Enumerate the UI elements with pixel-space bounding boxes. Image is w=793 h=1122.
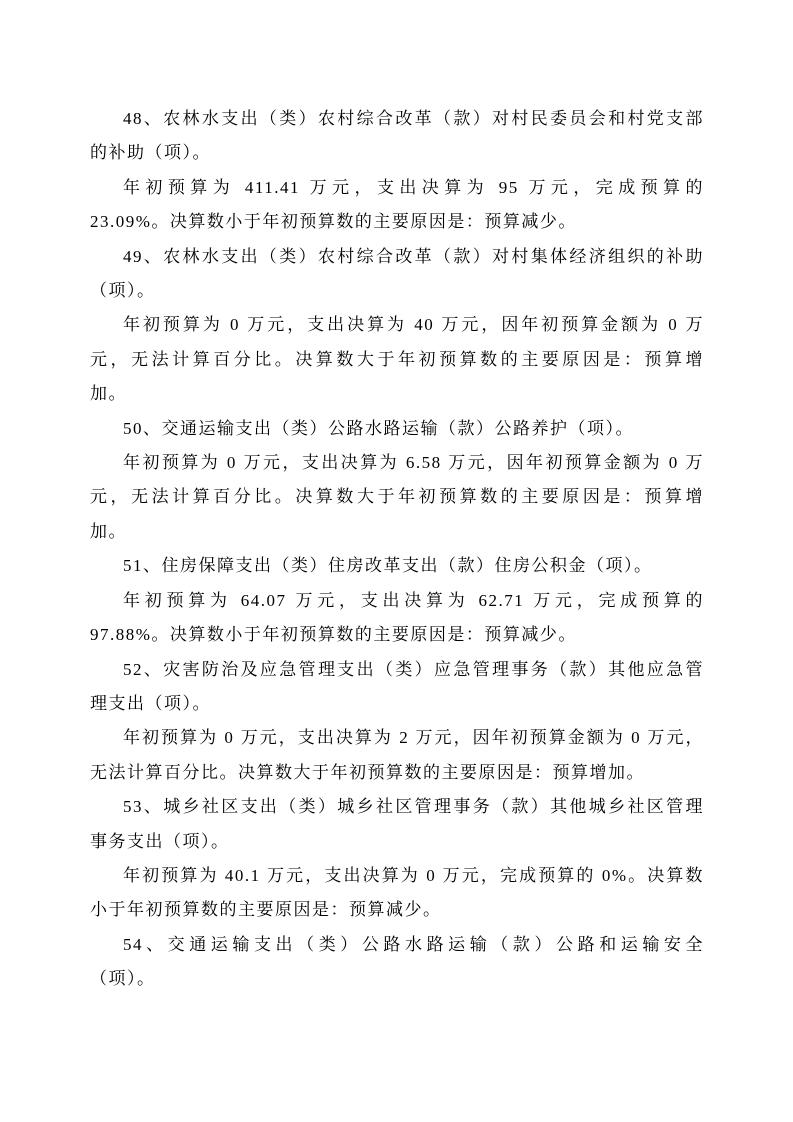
text-line: 年初预算为 0 万元，支出决算为 6.58 万元，因年初预算金额为 0 万: [90, 446, 704, 480]
item-53-detail-paragraph: 年初预算为 40.1 万元，支出决算为 0 万元，完成预算的 0%。决算数小于年…: [90, 859, 704, 928]
text-line: 年初预算为 40.1 万元，支出决算为 0 万元，完成预算的 0%。决算数: [90, 859, 704, 893]
text-line: 年初预算为 64.07 万元，支出决算为 62.71 万元，完成预算的: [90, 584, 704, 618]
text-line: 加。: [90, 377, 704, 411]
item-48-heading-paragraph: 48、农林水支出（类）农村综合改革（款）对村民委员会和村党支部的补助（项）。: [90, 102, 704, 171]
text-line: 23.09%。决算数小于年初预算数的主要原因是：预算减少。: [90, 205, 704, 239]
text-line: （项）。: [90, 962, 704, 996]
text-line: 97.88%。决算数小于年初预算数的主要原因是：预算减少。: [90, 618, 704, 652]
text-line: 50、交通运输支出（类）公路水路运输（款）公路养护（项）。: [90, 412, 704, 446]
text-line: 元，无法计算百分比。决算数大于年初预算数的主要原因是：预算增: [90, 480, 704, 514]
text-line: 54、交通运输支出（类）公路水路运输（款）公路和运输安全: [90, 928, 704, 962]
text-line: 加。: [90, 515, 704, 549]
document-body: 48、农林水支出（类）农村综合改革（款）对村民委员会和村党支部的补助（项）。年初…: [90, 102, 704, 997]
text-line: 52、灾害防治及应急管理支出（类）应急管理事务（款）其他应急管: [90, 653, 704, 687]
item-49-detail-paragraph: 年初预算为 0 万元，支出决算为 40 万元，因年初预算金额为 0 万元，无法计…: [90, 308, 704, 411]
item-53-heading-paragraph: 53、城乡社区支出（类）城乡社区管理事务（款）其他城乡社区管理事务支出（项）。: [90, 790, 704, 859]
text-line: （项）。: [90, 274, 704, 308]
item-50-heading-paragraph: 50、交通运输支出（类）公路水路运输（款）公路养护（项）。: [90, 412, 704, 446]
text-line: 元，无法计算百分比。决算数大于年初预算数的主要原因是：预算增: [90, 343, 704, 377]
text-line: 49、农林水支出（类）农村综合改革（款）对村集体经济组织的补助: [90, 240, 704, 274]
document-page: 48、农林水支出（类）农村综合改革（款）对村民委员会和村党支部的补助（项）。年初…: [0, 0, 793, 1122]
item-49-heading-paragraph: 49、农林水支出（类）农村综合改革（款）对村集体经济组织的补助（项）。: [90, 240, 704, 309]
text-line: 48、农林水支出（类）农村综合改革（款）对村民委员会和村党支部: [90, 102, 704, 136]
item-51-heading-paragraph: 51、住房保障支出（类）住房改革支出（款）住房公积金（项）。: [90, 549, 704, 583]
item-54-heading-paragraph: 54、交通运输支出（类）公路水路运输（款）公路和运输安全（项）。: [90, 928, 704, 997]
item-51-detail-paragraph: 年初预算为 64.07 万元，支出决算为 62.71 万元，完成预算的97.88…: [90, 584, 704, 653]
text-line: 年初预算为 0 万元，支出决算为 40 万元，因年初预算金额为 0 万: [90, 308, 704, 342]
text-line: 51、住房保障支出（类）住房改革支出（款）住房公积金（项）。: [90, 549, 704, 583]
text-line: 年初预算为 411.41 万元，支出决算为 95 万元，完成预算的: [90, 171, 704, 205]
text-line: 53、城乡社区支出（类）城乡社区管理事务（款）其他城乡社区管理: [90, 790, 704, 824]
text-line: 事务支出（项）。: [90, 825, 704, 859]
text-line: 小于年初预算数的主要原因是：预算减少。: [90, 893, 704, 927]
text-line: 年初预算为 0 万元，支出决算为 2 万元，因年初预算金额为 0 万元，: [90, 721, 704, 755]
text-line: 的补助（项）。: [90, 136, 704, 170]
item-48-detail-paragraph: 年初预算为 411.41 万元，支出决算为 95 万元，完成预算的23.09%。…: [90, 171, 704, 240]
text-line: 理支出（项）。: [90, 687, 704, 721]
item-52-heading-paragraph: 52、灾害防治及应急管理支出（类）应急管理事务（款）其他应急管理支出（项）。: [90, 653, 704, 722]
item-50-detail-paragraph: 年初预算为 0 万元，支出决算为 6.58 万元，因年初预算金额为 0 万元，无…: [90, 446, 704, 549]
item-52-detail-paragraph: 年初预算为 0 万元，支出决算为 2 万元，因年初预算金额为 0 万元，无法计算…: [90, 721, 704, 790]
text-line: 无法计算百分比。决算数大于年初预算数的主要原因是：预算增加。: [90, 756, 704, 790]
